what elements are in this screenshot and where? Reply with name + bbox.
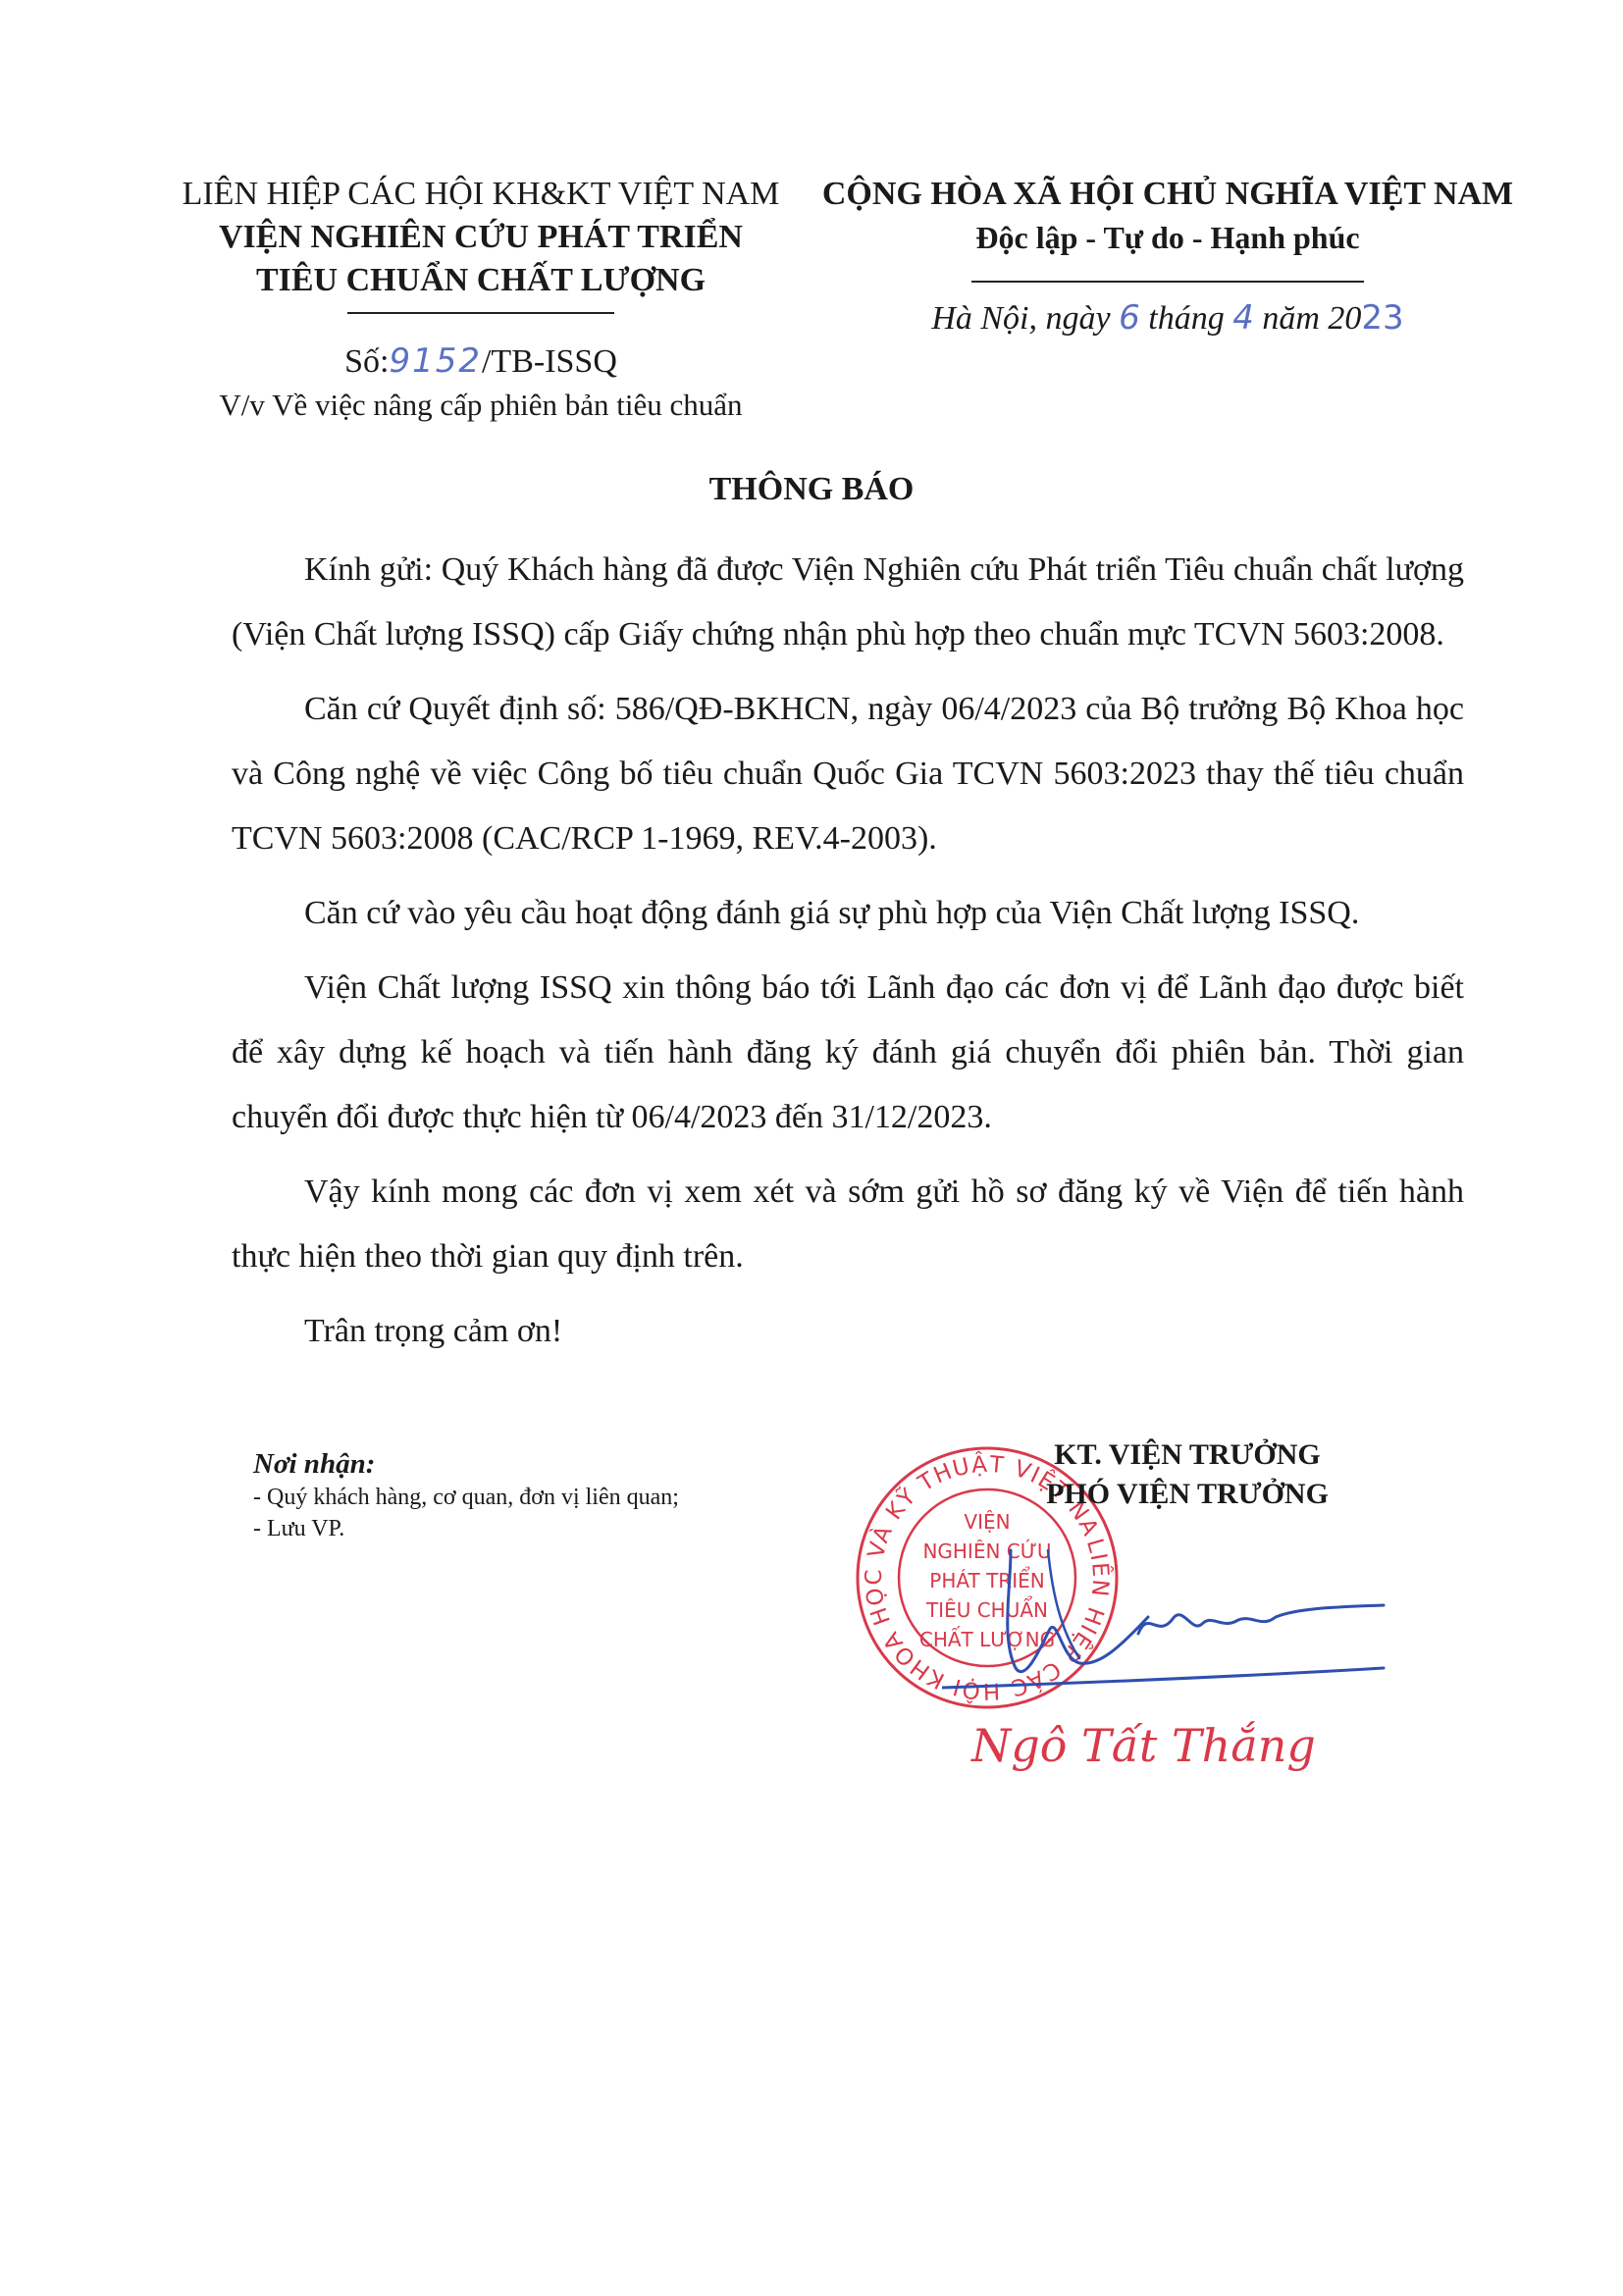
handwritten-signature <box>942 1531 1413 1707</box>
paragraph-requirement-basis: Căn cứ vào yêu cầu hoạt động đánh giá sự… <box>232 881 1464 946</box>
date-month-handwritten: 4 <box>1232 298 1254 338</box>
document-number-handwritten: 9152 <box>389 341 482 381</box>
national-motto: Độc lập - Tự do - Hạnh phúc <box>814 216 1521 259</box>
document-subject: V/v Về việc nâng cấp phiên bản tiêu chuẩ… <box>167 384 795 427</box>
recipient-item: - Lưu VP. <box>253 1513 679 1544</box>
issuer-header: LIÊN HIỆP CÁC HỘI KH&KT VIỆT NAM VIỆN NG… <box>167 173 795 427</box>
signatory-title-line2: PHÓ VIỆN TRƯỞNG <box>1011 1475 1364 1514</box>
document-date: Hà Nội, ngày 6 tháng 4 năm 2023 <box>814 296 1521 340</box>
organization-name-line1: VIỆN NGHIÊN CỨU PHÁT TRIỂN <box>167 216 795 259</box>
paragraph-legal-basis: Căn cứ Quyết định số: 586/QĐ-BKHCN, ngày… <box>232 677 1464 871</box>
document-title: THÔNG BÁO <box>0 471 1623 508</box>
header-right-divider <box>971 281 1364 283</box>
signatory-title-line1: KT. VIỆN TRƯỞNG <box>1011 1435 1364 1475</box>
document-number: Số:9152/TB-ISSQ <box>167 339 795 384</box>
header-left-divider <box>347 312 614 314</box>
date-day-handwritten: 6 <box>1119 298 1140 338</box>
recipients-label: Nơi nhận: <box>253 1446 679 1482</box>
paragraph-closing: Trân trọng cảm ơn! <box>232 1299 1464 1364</box>
paragraph-addressee: Kính gửi: Quý Khách hàng đã được Viện Ng… <box>232 538 1464 667</box>
organization-name-line2: TIÊU CHUẨN CHẤT LƯỢNG <box>167 259 795 302</box>
recipients-block: Nơi nhận: - Quý khách hàng, cơ quan, đơn… <box>253 1446 679 1544</box>
paragraph-request: Vậy kính mong các đơn vị xem xét và sớm … <box>232 1160 1464 1289</box>
recipient-item: - Quý khách hàng, cơ quan, đơn vị liên q… <box>253 1482 679 1513</box>
national-header: CỘNG HÒA XÃ HỘI CHỦ NGHĨA VIỆT NAM Độc l… <box>814 173 1521 340</box>
parent-organization: LIÊN HIỆP CÁC HỘI KH&KT VIỆT NAM <box>167 173 795 216</box>
country-name: CỘNG HÒA XÃ HỘI CHỦ NGHĨA VIỆT NAM <box>814 173 1521 216</box>
document-body: Kính gửi: Quý Khách hàng đã được Viện Ng… <box>232 538 1464 1364</box>
date-year-handwritten: 23 <box>1361 298 1403 338</box>
paragraph-notice: Viện Chất lượng ISSQ xin thông báo tới L… <box>232 956 1464 1150</box>
signer-name: Ngô Tất Thắng <box>971 1719 1316 1772</box>
signatory-title: KT. VIỆN TRƯỞNG PHÓ VIỆN TRƯỞNG <box>1011 1435 1364 1514</box>
